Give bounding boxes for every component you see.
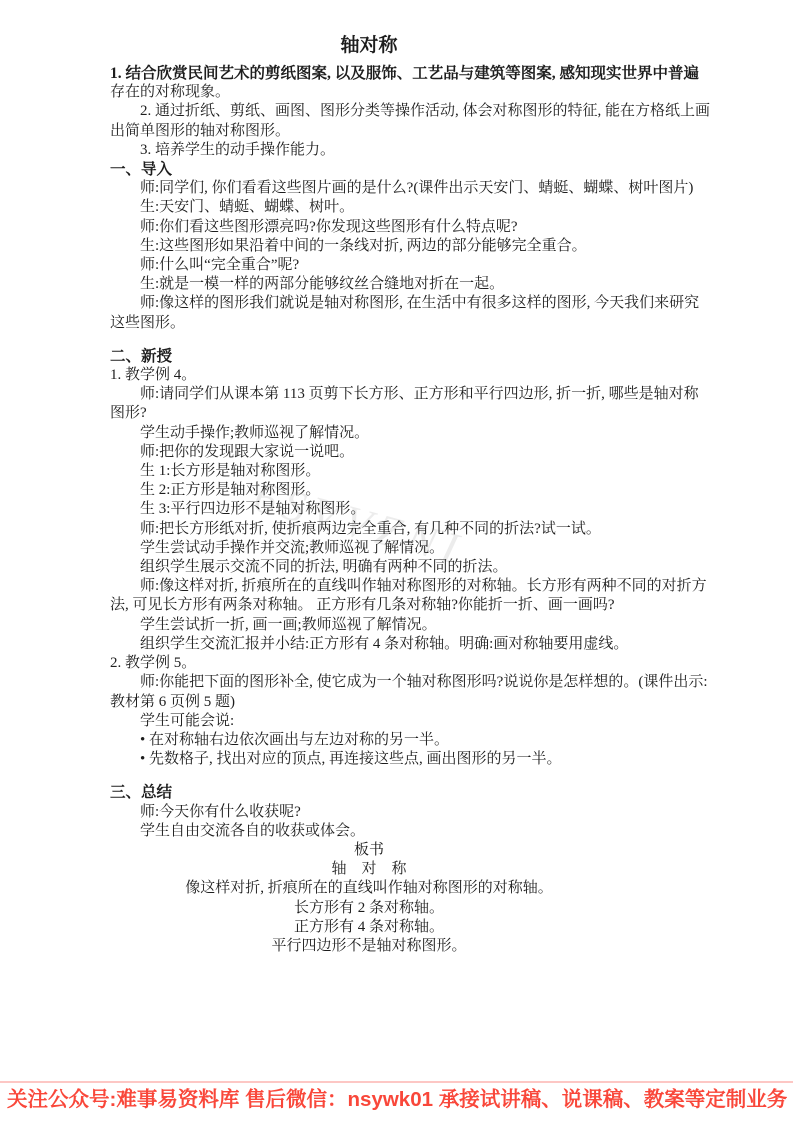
dialogue-line: 师:你们看这些图形漂亮吗?你发现这些图形有什么特点呢? <box>110 218 686 237</box>
lesson-plan-page: 轴对称 1. 结合欣赏民间艺术的剪纸图案, 以及服饰、工艺品与建筑等图案, 感知… <box>110 32 686 956</box>
objective-line: 出简单图形的轴对称图形。 <box>110 122 686 141</box>
dialogue-line: 组织学生展示交流不同的折法, 明确有两种不同的折法。 <box>110 558 686 577</box>
dialogue-line: 生:天安门、蜻蜓、蝴蝶、树叶。 <box>110 198 686 217</box>
dialogue-line: 这些图形。 <box>110 314 686 333</box>
dialogue-line: 图形? <box>110 404 686 423</box>
dialogue-line: 学生尝试动手操作并交流;教师巡视了解情况。 <box>110 539 686 558</box>
bullet-line: • 先数格子, 找出对应的顶点, 再连接这些点, 画出图形的另一半。 <box>110 750 686 769</box>
dialogue-line: 师:你能把下面的图形补全, 使它成为一个轴对称图形吗?说说你是怎样想的。(课件出… <box>110 673 686 692</box>
dialogue-line: 1. 教学例 4。 <box>110 366 686 385</box>
section-heading-xinshou: 二、新授 <box>110 347 686 366</box>
section-heading-daoru: 一、导入 <box>110 160 686 179</box>
dialogue-line: 组织学生交流汇报并小结:正方形有 4 条对称轴。明确:画对称轴要用虚线。 <box>110 635 686 654</box>
board-line: 正方形有 4 条对称轴。 <box>110 918 628 937</box>
board-line: 长方形有 2 条对称轴。 <box>110 899 628 918</box>
footer-promo-text: 关注公众号:难事易资料库 售后微信：nsywk01 承接试讲稿、说课稿、教案等定… <box>7 1086 791 1114</box>
dialogue-line: 师:请同学们从课本第 113 页剪下长方形、正方形和平行四边形, 折一折, 哪些… <box>110 385 686 404</box>
lesson-title: 轴对称 <box>110 32 628 59</box>
dialogue-line: 教材第 6 页例 5 题) <box>110 693 686 712</box>
objective-line: 2. 通过折纸、剪纸、画图、图形分类等操作活动, 体会对称图形的特征, 能在方格… <box>110 102 686 121</box>
footer-divider <box>0 1081 793 1083</box>
board-label: 板书 <box>110 841 628 860</box>
dialogue-line: 师:像这样的图形我们就说是轴对称图形, 在生活中有很多这样的图形, 今天我们来研… <box>110 294 686 313</box>
dialogue-line: 生 3:平行四边形不是轴对称图形。 <box>110 500 686 519</box>
dialogue-line: 师:什么叫“完全重合”呢? <box>110 256 686 275</box>
dialogue-line: 生:这些图形如果沿着中间的一条线对折, 两边的部分能够完全重合。 <box>110 237 686 256</box>
dialogue-line: 学生动手操作;教师巡视了解情况。 <box>110 424 686 443</box>
objective-line: 1. 结合欣赏民间艺术的剪纸图案, 以及服饰、工艺品与建筑等图案, 感知现实世界… <box>110 64 686 83</box>
objective-line: 存在的对称现象。 <box>110 83 686 102</box>
dialogue-line: 法, 可见长方形有两条对称轴。 正方形有几条对称轴?你能折一折、画一画吗? <box>110 596 686 615</box>
board-line: 平行四边形不是轴对称图形。 <box>110 937 628 956</box>
board-line: 像这样对折, 折痕所在的直线叫作轴对称图形的对称轴。 <box>110 879 628 898</box>
dialogue-line: 师:今天你有什么收获呢? <box>110 803 686 822</box>
dialogue-line: 学生可能会说: <box>110 712 686 731</box>
dialogue-line: 学生自由交流各自的收获或体会。 <box>110 822 686 841</box>
dialogue-line: 师:把你的发现跟大家说一说吧。 <box>110 443 686 462</box>
dialogue-line: 2. 教学例 5。 <box>110 654 686 673</box>
section-heading-zongjie: 三、总结 <box>110 783 686 802</box>
bullet-line: • 在对称轴右边依次画出与左边对称的另一半。 <box>110 731 686 750</box>
dialogue-line: 师:像这样对折, 折痕所在的直线叫作轴对称图形的对称轴。长方形有两种不同的对折方 <box>110 577 686 596</box>
dialogue-line: 生 2:正方形是轴对称图形。 <box>110 481 686 500</box>
dialogue-line: 生:就是一模一样的两部分能够纹丝合缝地对折在一起。 <box>110 275 686 294</box>
dialogue-line: 学生尝试折一折, 画一画;教师巡视了解情况。 <box>110 616 686 635</box>
board-writing-block: 板书 轴 对 称 像这样对折, 折痕所在的直线叫作轴对称图形的对称轴。 长方形有… <box>110 841 628 956</box>
dialogue-line: 生 1:长方形是轴对称图形。 <box>110 462 686 481</box>
board-title: 轴 对 称 <box>110 860 628 879</box>
dialogue-line: 师:把长方形纸对折, 使折痕两边完全重合, 有几种不同的折法?试一试。 <box>110 520 686 539</box>
objective-line: 3. 培养学生的动手操作能力。 <box>110 141 686 160</box>
dialogue-line: 师:同学们, 你们看看这些图片画的是什么?(课件出示天安门、蜻蜓、蝴蝶、树叶图片… <box>110 179 686 198</box>
